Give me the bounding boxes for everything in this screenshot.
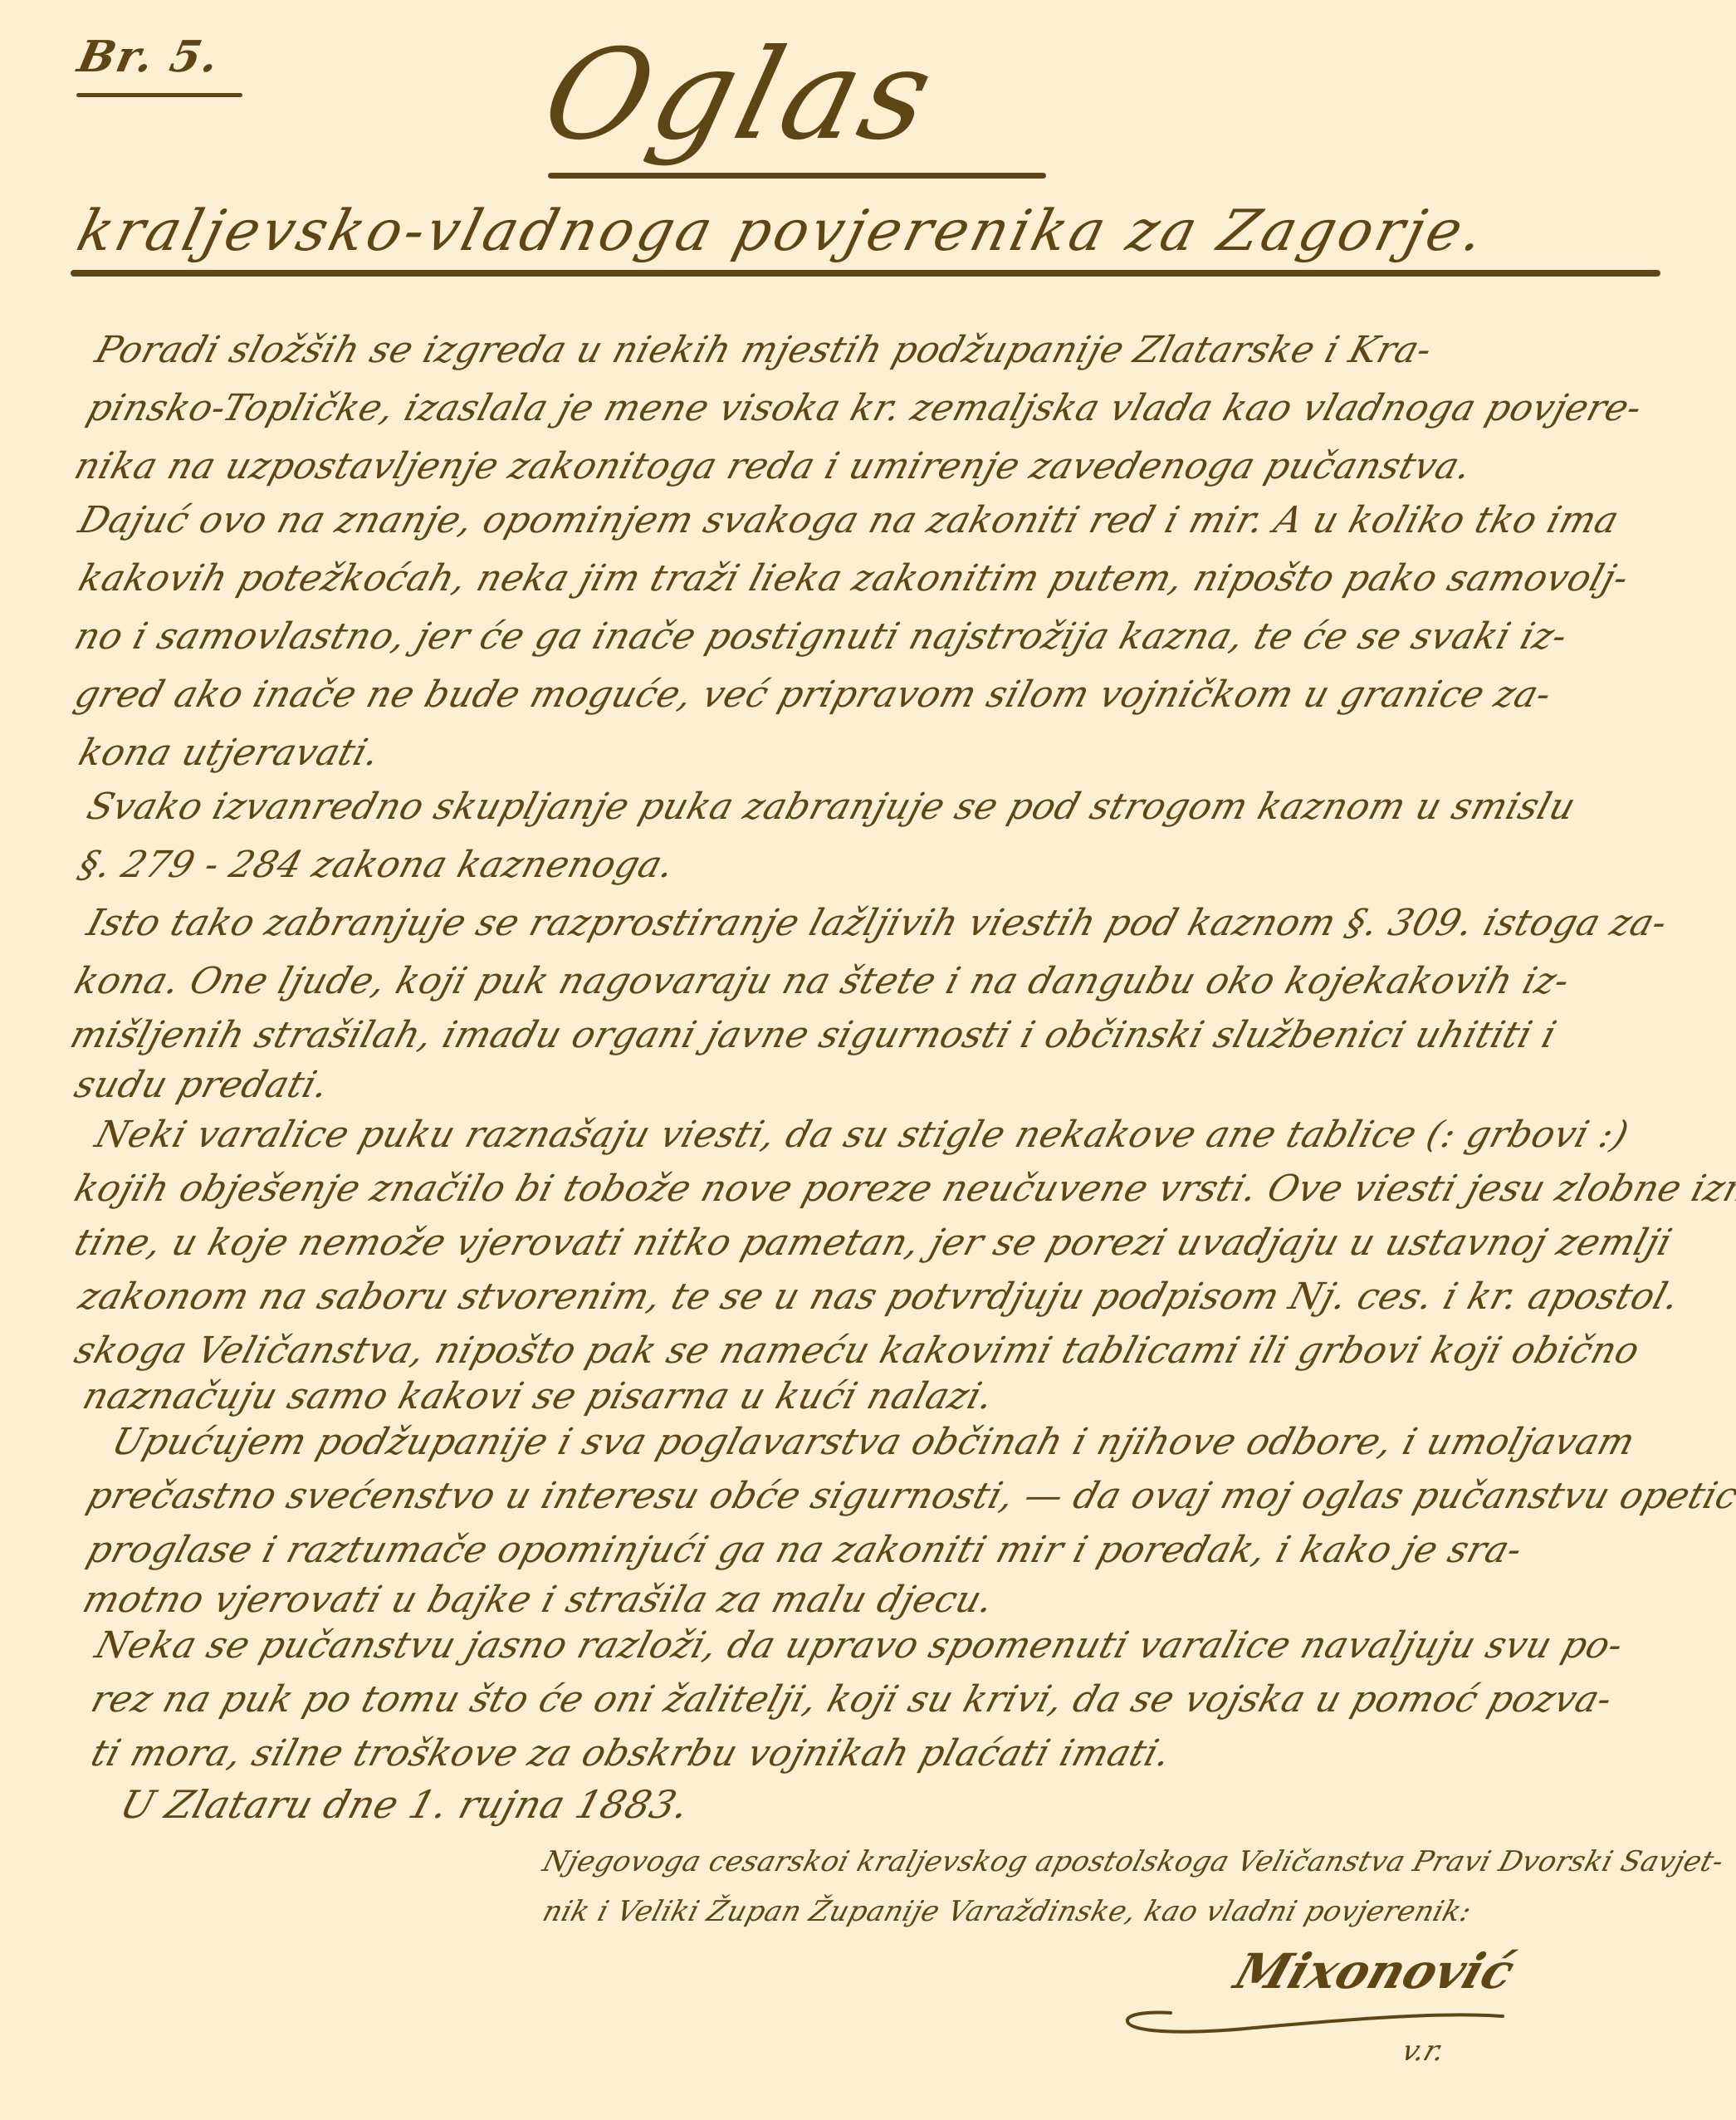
document-page: Br. 5. Oglas kraljevsko-vladnoga povjere…	[0, 0, 1736, 2120]
document-body: Poradi složših se izgreda u niekih mjest…	[0, 0, 1736, 2120]
body-line: Neka se pučanstvu jasno razloži, da upra…	[91, 1628, 1627, 1664]
body-line: Upućujem podžupanije i sva poglavarstva …	[108, 1424, 1639, 1461]
body-line: rez na puk po tomu što će oni žalitelji,…	[87, 1682, 1616, 1718]
body-line: gred ako inače ne bude moguće, već pripr…	[71, 677, 1555, 713]
body-line: kojih obješenje značilo bi tobože nove p…	[71, 1171, 1736, 1207]
body-line: kona utjeravati.	[75, 735, 384, 771]
signature-title-line: nik i Veliki Župan Županije Varaždinske,…	[540, 1897, 1474, 1926]
body-line: no i samovlastno, jer će ga inače postig…	[71, 619, 1572, 655]
body-line: §. 279 - 284 zakona kaznenoga.	[75, 847, 678, 884]
body-line: proglase i raztumače opominjući ga na za…	[83, 1532, 1526, 1569]
body-line: motno vjerovati u bajke i strašila za ma…	[79, 1582, 998, 1618]
body-line: kona. One ljude, koji puk nagovaraju na …	[71, 963, 1573, 1000]
body-line: kakovih potežkoćah, neka jim traži lieka…	[75, 561, 1632, 597]
body-line: Dajuć ovo na znanje, opominjem svakoga n…	[75, 502, 1623, 539]
body-line: Poradi složših se izgreda u niekih mjest…	[91, 332, 1436, 369]
body-line: zakonom na saboru stvorenim, te se u nas…	[75, 1279, 1684, 1315]
body-line: mišljenih strašilah, imadu organi javne …	[66, 1017, 1560, 1054]
body-line: nika na uzpostavljenje zakonitoga reda i…	[71, 448, 1475, 485]
signature-title-line: Njegovoga cesarskoi kraljevskog apostols…	[540, 1848, 1727, 1876]
body-line: sudu predati.	[71, 1067, 333, 1104]
body-line: Isto tako zabranjuje se razprostiranje l…	[83, 905, 1671, 942]
place-and-date: U Zlataru dne 1. rujna 1883.	[116, 1785, 694, 1824]
body-line: Svako izvanredno skupljanje puka zabranj…	[83, 789, 1580, 825]
body-line: tine, u koje nemože vjerovati nitko pame…	[71, 1225, 1676, 1261]
body-line: naznačuju samo kakovi se pisarna u kući …	[79, 1378, 998, 1415]
body-line: ti mora, silne troškove za obskrbu vojni…	[87, 1736, 1175, 1772]
body-line: Neki varalice puku raznašaju viesti, da …	[91, 1117, 1633, 1153]
body-line: pinsko-Topličke, izaslala je mene visoka…	[83, 390, 1646, 427]
body-line: prečastno svećenstvo u interesu obće sig…	[83, 1478, 1736, 1515]
handwritten-signature: Mixonović	[1228, 1943, 1522, 2000]
body-line: skoga Veličanstva, nipošto pak se nameću…	[71, 1333, 1644, 1369]
signature-flourish-icon	[1121, 2010, 1511, 2043]
